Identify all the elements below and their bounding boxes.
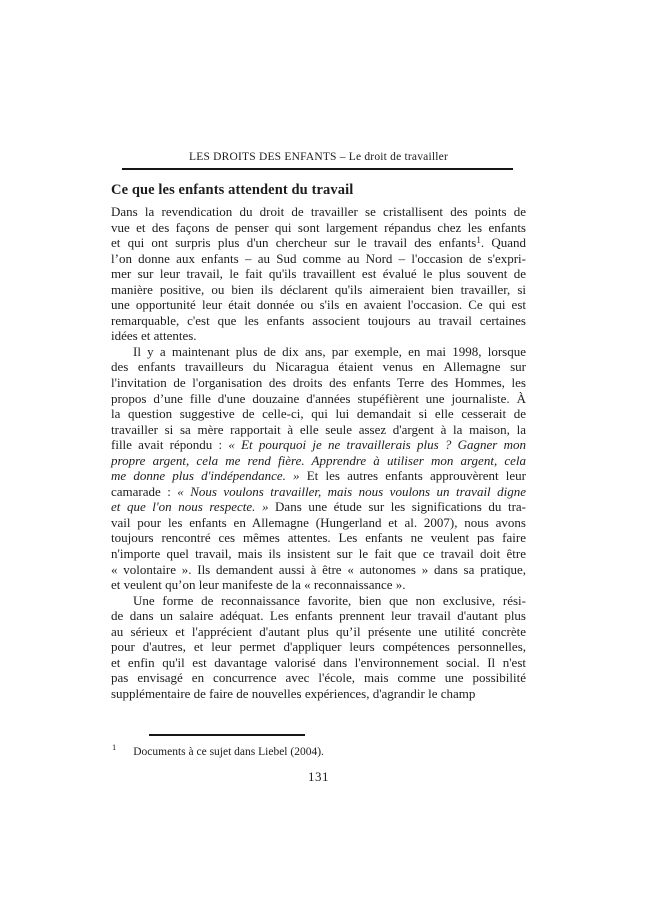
text-line: me donne plus d'indépendance. » Et les a… bbox=[111, 468, 526, 484]
body-text: Dans la revendication du droit de travai… bbox=[111, 204, 526, 702]
text-line: au sérieux et l'apprécient d'autant plus… bbox=[111, 624, 526, 640]
text-line: et enfin qu'il est davantage valorisé da… bbox=[111, 655, 526, 671]
footnote: 1Documents à ce sujet dans Liebel (2004)… bbox=[112, 742, 526, 758]
text-line: supplémentaire de faire de nouvelles exp… bbox=[111, 686, 526, 702]
text-line: et qui ont surpris plus d'un chercheur s… bbox=[111, 235, 526, 251]
text-line: remarquable, c'est que les enfants assoc… bbox=[111, 313, 526, 329]
text-line: des enfants travailleurs du Nicaragua ét… bbox=[111, 359, 526, 375]
footnote-marker: 1 bbox=[112, 742, 116, 752]
header-rule bbox=[122, 168, 513, 170]
text-line: et que l'on nous respecte. » Dans une ét… bbox=[111, 499, 526, 515]
document-page: LES DROITS DES ENFANTS – Le droit de tra… bbox=[0, 0, 650, 920]
text-line: mer sur leur travail, le fait qu'ils tra… bbox=[111, 266, 526, 282]
text-line: une opportunité leur était donnée ou s'i… bbox=[111, 297, 526, 313]
text-line: l’on donne aux enfants – au Sud comme au… bbox=[111, 251, 526, 267]
text-line: et veulent qu’on leur manifeste de la « … bbox=[111, 577, 526, 593]
section-heading: Ce que les enfants attendent du travail bbox=[111, 182, 526, 199]
text-line: travailler si sa mère rapportait à elle … bbox=[111, 422, 526, 438]
text-line: idées et attentes. bbox=[111, 328, 526, 344]
text-line: la question suggestive de celle-ci, qui … bbox=[111, 406, 526, 422]
text-line: Une forme de reconnaissance favorite, bi… bbox=[111, 593, 526, 609]
text-line: camarade : « Nous voulons travailler, ma… bbox=[111, 484, 526, 500]
text-line: pas envisagé en concurrence avec l'école… bbox=[111, 670, 526, 686]
text-line: toujours rencontré ces mêmes attentes. L… bbox=[111, 530, 526, 546]
text-line: « volontaire ». Ils demandent aussi à êt… bbox=[111, 562, 526, 578]
footnote-text: Documents à ce sujet dans Liebel (2004). bbox=[133, 746, 324, 758]
text-line: vue et des façons de penser qui sont lar… bbox=[111, 220, 526, 236]
running-header: LES DROITS DES ENFANTS – Le droit de tra… bbox=[111, 151, 526, 163]
text-line: de dans un salaire adéquat. Les enfants … bbox=[111, 608, 526, 624]
text-line: pour d'autres, et leur permet d'applique… bbox=[111, 639, 526, 655]
text-line: propre argent, cela me rend fière. Appre… bbox=[111, 453, 526, 469]
text-line: Dans la revendication du droit de travai… bbox=[111, 204, 526, 220]
text-line: l'invitation de l'organisation des droit… bbox=[111, 375, 526, 391]
text-line: vail pour les enfants en Allemagne (Hung… bbox=[111, 515, 526, 531]
text-line: Il y a maintenant plus de dix ans, par e… bbox=[111, 344, 526, 360]
text-line: n'importe quel travail, mais ils insiste… bbox=[111, 546, 526, 562]
text-line: propos d’une fille d'une douzaine d'anné… bbox=[111, 391, 526, 407]
page-number: 131 bbox=[111, 769, 526, 785]
footnote-separator-rule bbox=[149, 734, 305, 736]
text-line: fille avait répondu : « Et pourquoi je n… bbox=[111, 437, 526, 453]
text-line: manière positive, ou bien ils déclarent … bbox=[111, 282, 526, 298]
